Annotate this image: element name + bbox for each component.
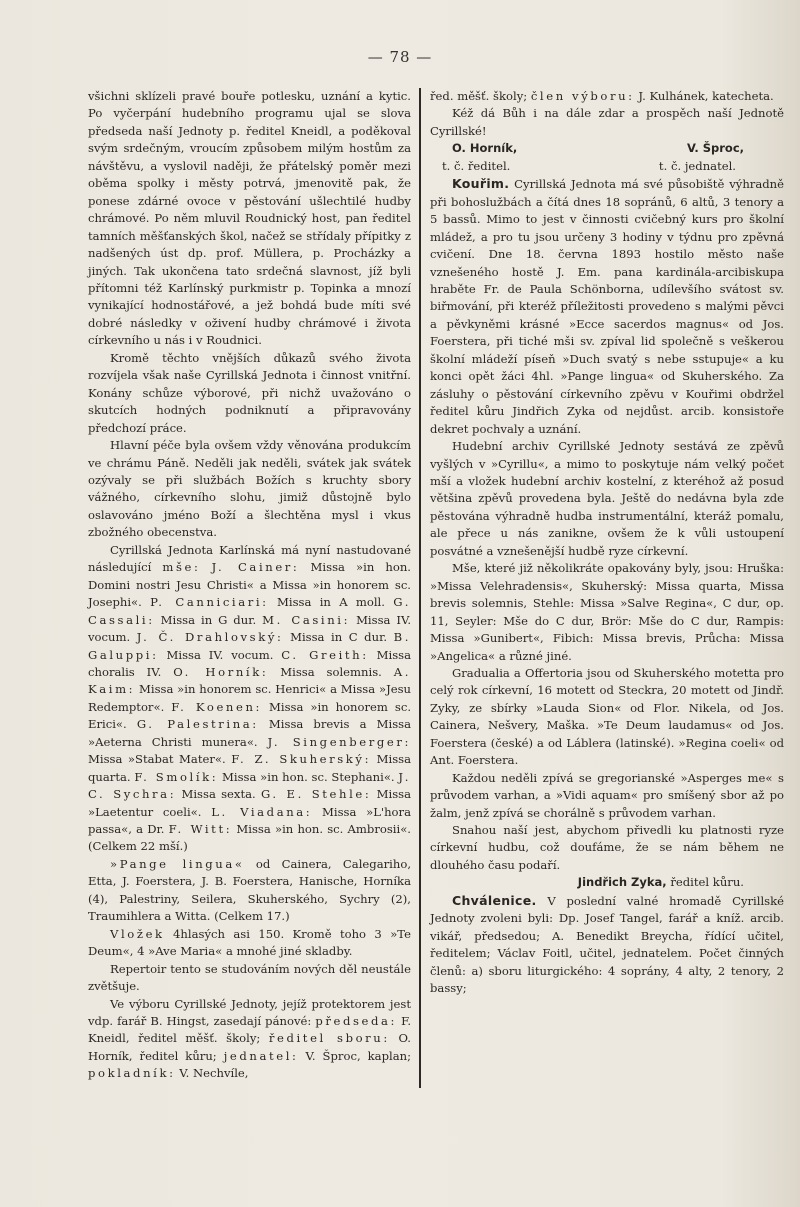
paragraph: Hudební archiv Cyrillské Jednoty sestává… xyxy=(430,438,784,560)
signature-title: ředitel kůru. xyxy=(667,875,744,889)
composer: J. Cainer: xyxy=(212,560,300,574)
right-column: řed. měšť. školy; člen výboru: J. Kulhán… xyxy=(430,88,784,998)
composer: O. Horník: xyxy=(173,665,268,679)
paragraph: »Pange lingua« od Cainera, Calegariho, E… xyxy=(88,856,411,926)
composer: G. Palestrina: xyxy=(137,717,259,731)
paragraph: Mše, které již několikráte opakovány byl… xyxy=(430,560,784,665)
text: J. Kulhánek, katecheta. xyxy=(635,89,774,103)
composer: F. Koenen: xyxy=(171,700,262,714)
paragraph: Každou neděli zpívá se gregorianské »Asp… xyxy=(430,770,784,822)
composer: C. Greith: xyxy=(281,648,368,662)
column-divider xyxy=(419,88,421,1088)
left-column: všichni sklízeli pravé bouře potlesku, u… xyxy=(88,88,411,1083)
text: Cyrillská Jednota má své působiště výhra… xyxy=(430,177,784,435)
work: Missa »in hon. sc. Stephani«. xyxy=(218,770,398,784)
section-heading-chvalenice: Chválenice. xyxy=(452,893,537,908)
paragraph: Kéž dá Bůh i na dále zdar a prospěch naš… xyxy=(430,105,784,140)
spaced-term: mše: xyxy=(162,560,200,574)
paragraph: Gradualia a Offertoria jsou od Skuherské… xyxy=(430,665,784,770)
scanned-page: — 78 — všichni sklízeli pravé bouře potl… xyxy=(0,0,800,1207)
spaced-term: předseda: xyxy=(315,1014,397,1028)
signature-left-name: O. Horník, xyxy=(452,140,517,157)
work: Missa solemnis. xyxy=(268,665,393,679)
composer: J. Č. Drahlovský: xyxy=(137,630,284,644)
text: V. Nechvíle, xyxy=(176,1066,249,1080)
work: Missa in C dur. xyxy=(284,630,394,644)
work: Missa sexta. xyxy=(176,787,261,801)
paragraph: řed. měšť. školy; člen výboru: J. Kulhán… xyxy=(430,88,784,105)
paragraph: Repertoir tento se studováním nových děl… xyxy=(88,961,411,996)
text: V poslední valné hromadě Cyrillské Jedno… xyxy=(430,894,784,995)
work: Missa in G dur. xyxy=(155,613,262,627)
work: Missa »Stabat Mater«. xyxy=(88,752,231,766)
mass-list-paragraph: Cyrillská Jednota Karlínská má nyní nast… xyxy=(88,542,411,856)
spaced-term: Vložek xyxy=(110,927,165,941)
composer: F. Smolík: xyxy=(134,770,218,784)
section-heading-kourim: Kouřim. xyxy=(452,176,509,191)
composer: M. Casini: xyxy=(262,613,350,627)
signature-name: Jindřich Zyka, xyxy=(578,875,667,889)
paragraph: Hlavní péče byla ovšem vždy věnována pro… xyxy=(88,437,411,542)
composer: G. E. Stehle: xyxy=(261,787,371,801)
kourim-section: Kouřim. Cyrillská Jednota má své působiš… xyxy=(430,175,784,438)
signature-left-title: t. č. ředitel. xyxy=(442,158,510,175)
spaced-term: »Pange lingua« xyxy=(110,857,245,871)
signature-names: O. Horník, V. Šproc, xyxy=(430,140,784,157)
paragraph: Kromě těchto vnějších důkazů svého život… xyxy=(88,350,411,437)
spaced-term: jednatel: xyxy=(224,1049,299,1063)
composer: F. Z. Skuherský: xyxy=(231,752,371,766)
text: řed. měšť. školy; xyxy=(430,89,531,103)
spaced-term: pokladník: xyxy=(88,1066,176,1080)
paragraph: Vložek 4hlasých asi 150. Kromě toho 3 »T… xyxy=(88,926,411,961)
composer: P. Canniciari: xyxy=(150,595,269,609)
signature-right-title: t. č. jednatel. xyxy=(659,158,736,175)
work: Missa in A moll. xyxy=(269,595,394,609)
signature-titles: t. č. ředitel. t. č. jednatel. xyxy=(430,158,784,175)
text: V. Šproc, kaplan; xyxy=(299,1049,411,1063)
signature-right-name: V. Šproc, xyxy=(687,140,744,157)
composer: J. Singenberger: xyxy=(268,735,411,749)
chvalenice-section: Chválenice. V poslední valné hromadě Cyr… xyxy=(430,892,784,998)
spaced-term: člen výboru: xyxy=(531,89,635,103)
composer: L. Viadana: xyxy=(211,805,312,819)
composer: F. Witt: xyxy=(169,822,233,836)
paragraph: všichni sklízeli pravé bouře potlesku, u… xyxy=(88,88,411,350)
paragraph: Snahou naší jest, abychom přivedli ku pl… xyxy=(430,822,784,874)
kourim-signature: Jindřich Zyka, ředitel kůru. xyxy=(430,874,784,891)
committee-paragraph: Ve výboru Cyrillské Jednoty, jejíž prote… xyxy=(88,996,411,1083)
work: Missa IV. vocum. xyxy=(159,648,282,662)
spaced-term: ředitel sboru: xyxy=(269,1031,390,1045)
page-number: — 78 — xyxy=(0,48,800,66)
